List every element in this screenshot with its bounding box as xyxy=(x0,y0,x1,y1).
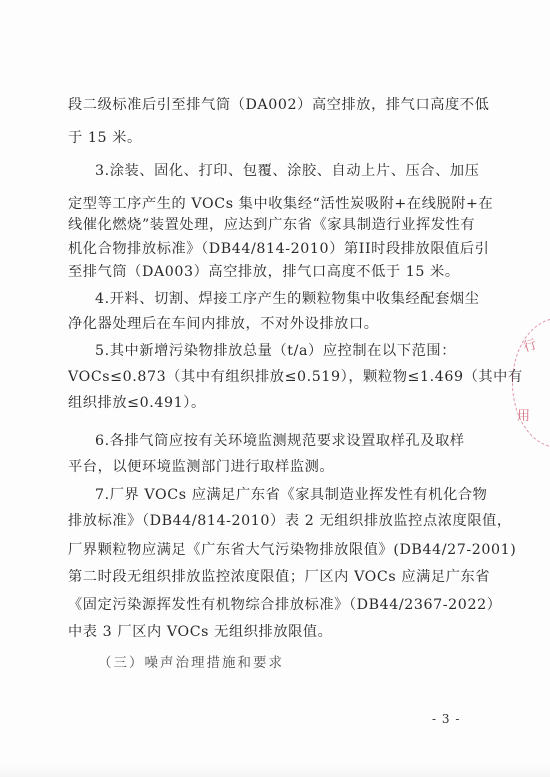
text-line: 厂界颗粒物应满足《广东省大气污染物排放限值》(DB44/27-2001) xyxy=(68,541,456,559)
text-line: 第二时段无组织排放监控浓度限值；厂区内 VOCs 应满足广东省 xyxy=(68,568,456,586)
text-line: 5.其中新增污染物排放总量（t/a）应控制在以下范围： xyxy=(95,342,456,360)
text-line: 段二级标准后引至排气筒（DA002）高空排放，排气口高度不低 xyxy=(68,96,456,114)
text-line: 《固定污染源挥发性有机物综合排放标准》（DB44/2367-2022） xyxy=(68,596,456,614)
text-line: 组织排放≤0.491）。 xyxy=(68,394,456,412)
text-line: 中表 3 厂区内 VOCs 无组织排放限值。 xyxy=(68,623,456,641)
text-line: 至排气筒（DA003）高空排放，排气口高度不低于 15 米。 xyxy=(68,263,456,281)
page-number: - 3 - xyxy=(432,712,460,726)
official-seal-stamp: 行 用 xyxy=(512,318,550,448)
stamp-text-top: 行 xyxy=(520,333,538,355)
text-line: 于 15 米。 xyxy=(68,129,456,147)
text-line: 机化合物排放标准》（DB44/814-2010）第II时段排放限值后引 xyxy=(68,240,456,258)
page-edge-shadow xyxy=(0,763,550,777)
document-page: 段二级标准后引至排气筒（DA002）高空排放，排气口高度不低于 15 米。3.涂… xyxy=(0,0,550,777)
text-line: 平台，以便环境监测部门进行取样监测。 xyxy=(68,458,456,476)
text-line: 排放标准》（DB44/814-2010）表 2 无组织排放监控点浓度限值， xyxy=(68,512,456,530)
text-line: 净化器处理后在车间内排放，不对外设排放口。 xyxy=(68,315,456,333)
text-line: VOCs≤0.873（其中有组织排放≤0.519），颗粒物≤1.469（其中有 xyxy=(68,368,456,386)
stamp-text-bottom: 用 xyxy=(517,405,530,424)
section-heading: （三）噪声治理措施和要求 xyxy=(98,651,284,671)
text-line: 定型等工序产生的 VOCs 集中收集经“活性炭吸附+在线脱附+在 xyxy=(68,195,456,213)
text-line: 3.涂装、固化、打印、包覆、涂胶、自动上片、压合、加压 xyxy=(95,162,456,180)
text-line: 线催化燃烧”装置处理，应达到广东省《家具制造行业挥发性有 xyxy=(68,216,456,234)
text-line: 4.开料、切割、焊接工序产生的颗粒物集中收集经配套烟尘 xyxy=(95,290,456,308)
text-line: 7.厂界 VOCs 应满足广东省《家具制造业挥发性有机化合物 xyxy=(95,486,456,504)
text-line: 6.各排气筒应按有关环境监测规范要求设置取样孔及取样 xyxy=(95,432,456,450)
